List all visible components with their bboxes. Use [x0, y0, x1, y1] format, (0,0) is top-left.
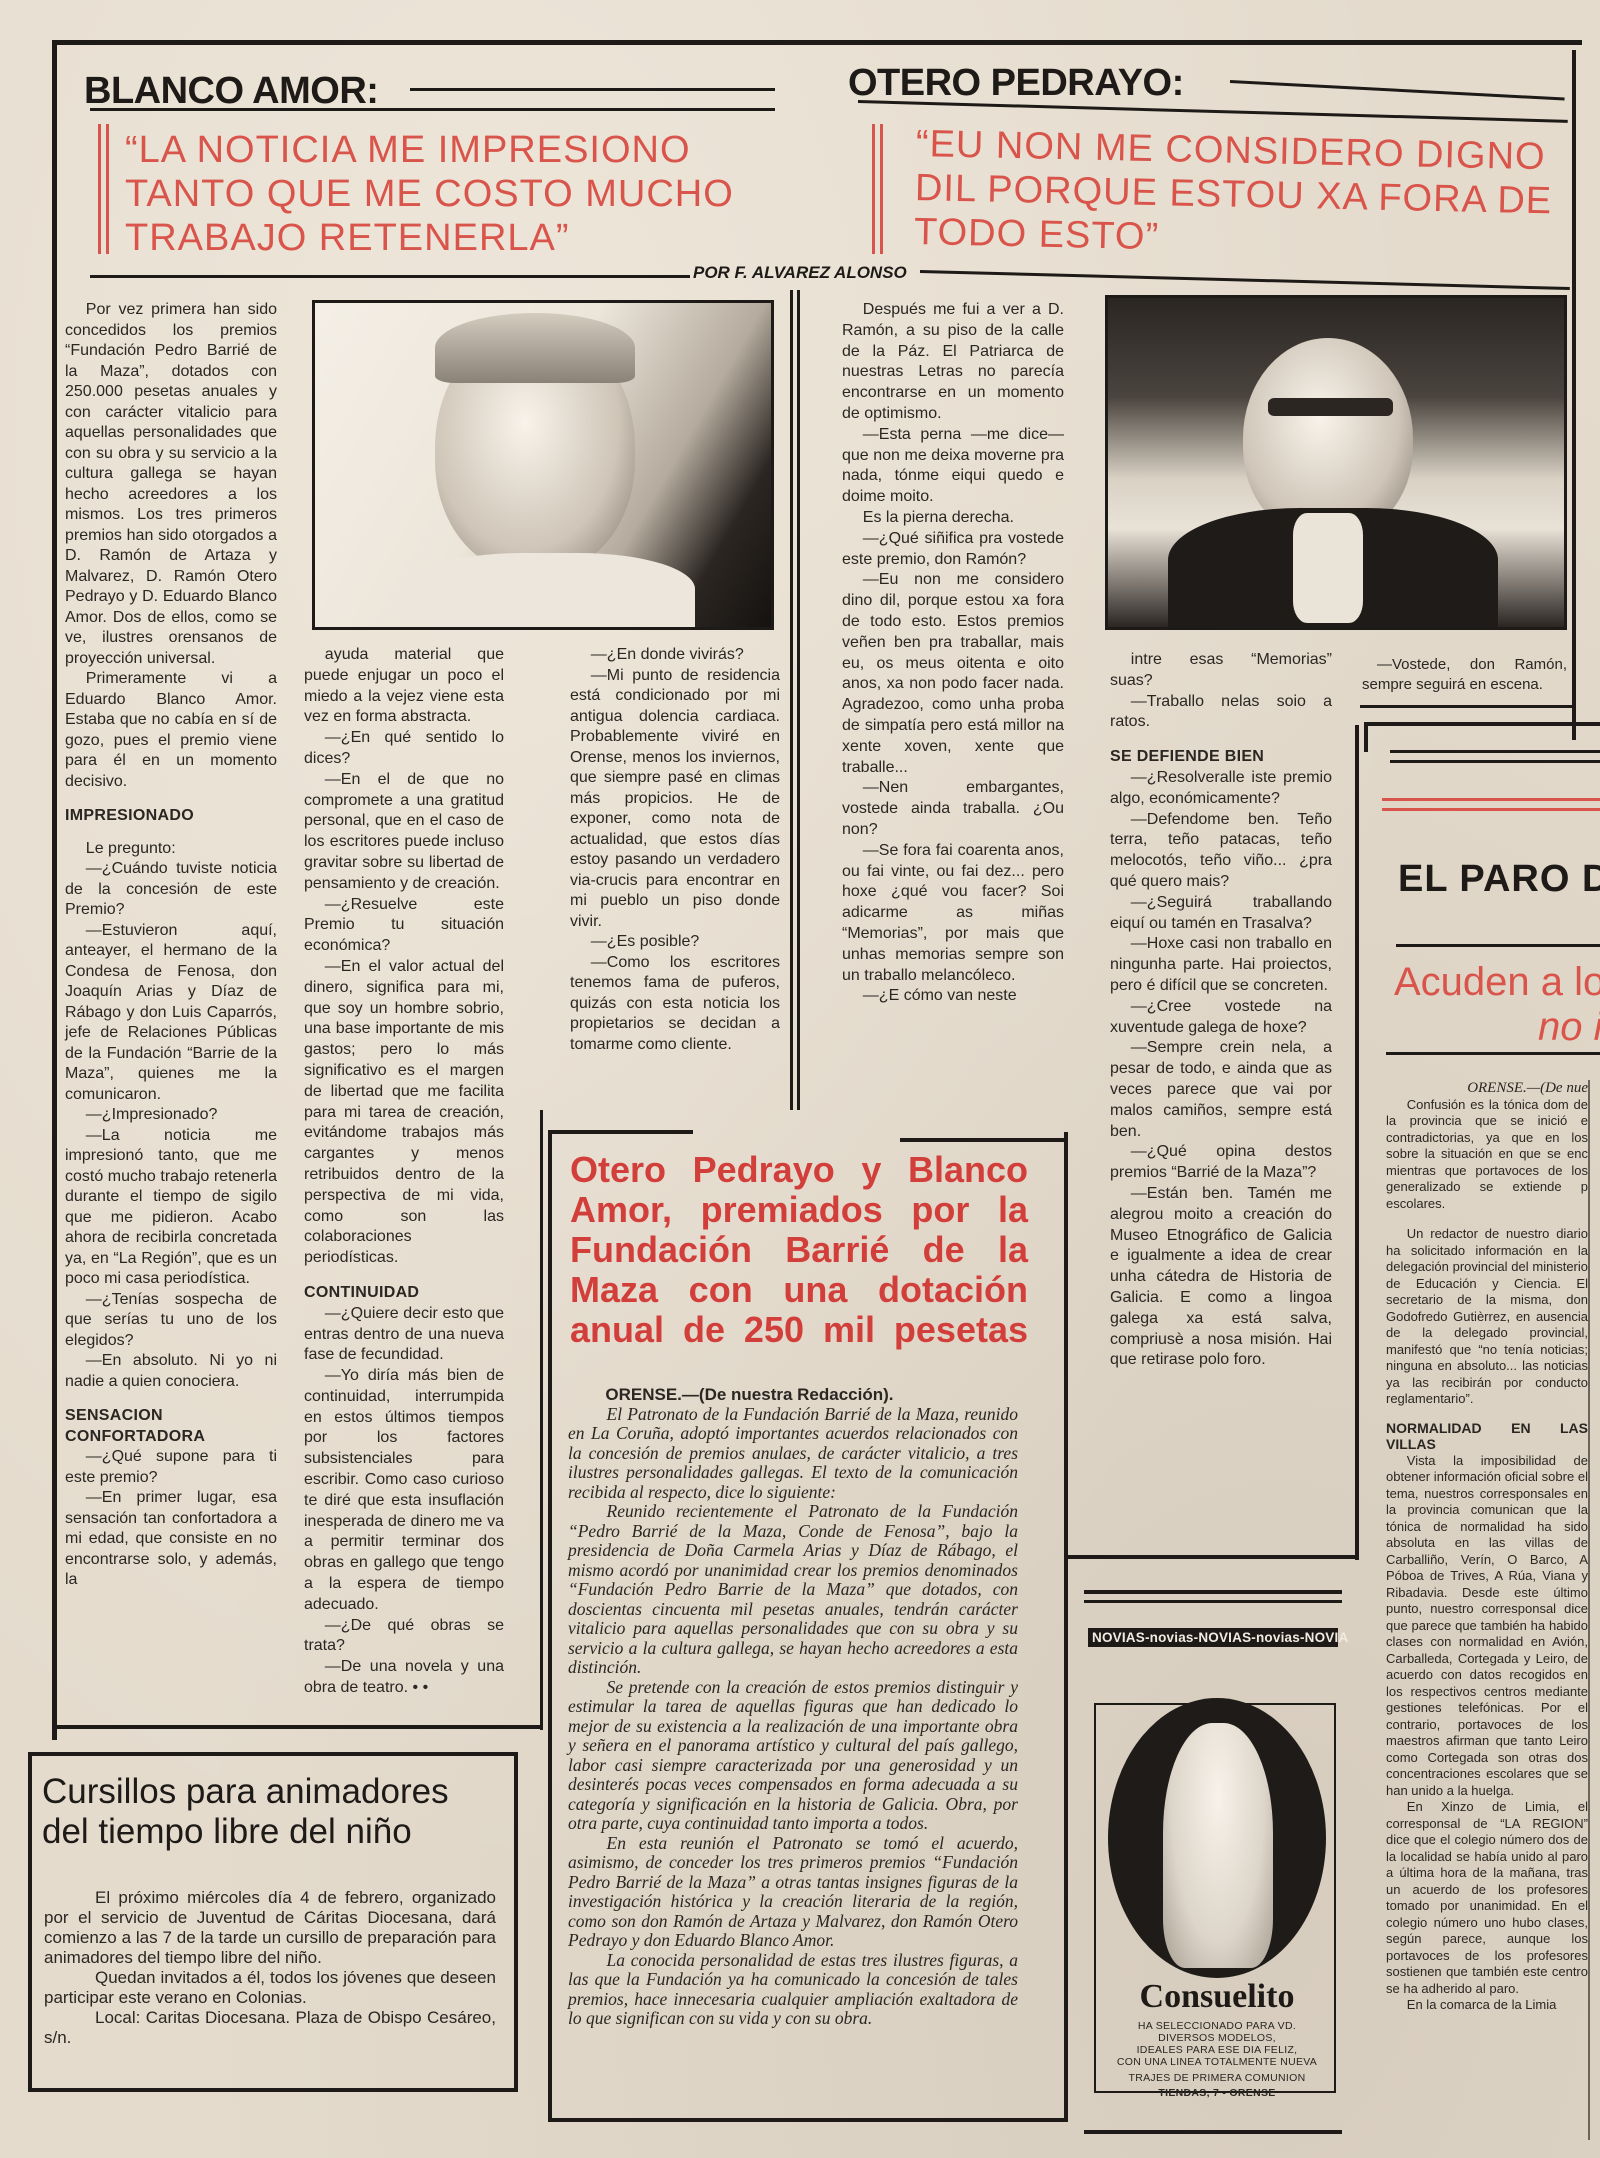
byline-rule [90, 275, 690, 278]
paro-frame-top [1364, 722, 1600, 726]
paragraph: Primeramente vi a Eduardo Blanco Amor. E… [65, 669, 277, 792]
otero-column-2: intre esas “Memorias” suas? —Traballo ne… [1110, 650, 1332, 1371]
paragraph: Vista la imposibilidad de obtener inform… [1386, 1453, 1588, 1800]
otero-column-1: Después me fui a ver a D. Ramón, a su pi… [842, 300, 1064, 1007]
otero-pedrayo-photo [1105, 295, 1567, 630]
dateline: ORENSE.—(De nuestra Redacción). [568, 1385, 1018, 1405]
paragraph: Por vez primera han sido concedidos los … [65, 300, 277, 669]
paragraph: —¿Tenías sospecha de que serías tu uno d… [65, 1290, 277, 1352]
paragraph: En la comarca de la Limia [1386, 1997, 1588, 2014]
paragraph: —Mi punto de residencia está condicionad… [570, 666, 780, 933]
portrait-shirt [405, 553, 695, 630]
paragraph: Reunido recientemente el Patronato de la… [568, 1502, 1018, 1678]
ad-line: CON UNA LINEA TOTALMENTE NUEVA [1088, 2056, 1346, 2068]
header-rule [90, 108, 775, 111]
paragraph: La conocida personalidad de estas tres i… [568, 1951, 1018, 2029]
portrait-glasses [1268, 398, 1393, 416]
article-bottom-rule [52, 1725, 542, 1729]
section-divider [797, 290, 800, 1110]
paragraph: —¿Resolveralle iste premio algo, económi… [1110, 768, 1332, 810]
header-rule [410, 88, 775, 91]
paragraph: —¿En qué sentido lo dices? [304, 728, 504, 770]
portrait-shadow [435, 313, 635, 383]
paragraph: Un redactor de nuestro diario ha solicit… [1386, 1226, 1588, 1408]
ad-line: IDEALES PARA ESE DIA FELIZ, [1088, 2044, 1346, 2056]
paragraph: —En absoluto. Ni yo ni nadie a quien con… [65, 1351, 277, 1392]
paragraph: Le pregunto: [65, 839, 277, 860]
ad-address: TIENDAS, 7 - ORENSE [1088, 2087, 1346, 2099]
bride-figure [1163, 1723, 1273, 1968]
paragraph: intre esas “Memorias” suas? [1110, 650, 1332, 692]
blanco-amor-column-3: —¿En donde vivirás? —Mi punto de residen… [570, 645, 780, 1055]
paro-rule [1386, 1052, 1600, 1055]
paragraph: —Nen embargantes, vostede ainda traballa… [842, 778, 1064, 840]
subheading: CONTINUIDAD [304, 1283, 504, 1304]
paragraph: —Están ben. Tamén me alegrou moito a cre… [1110, 1184, 1332, 1371]
paro-column-divider [1588, 1080, 1590, 2140]
paragraph: —¿Impresionado? [65, 1105, 277, 1126]
ad-top-rule [1084, 1600, 1342, 1603]
paragraph: En esta reunión el Patronato se tomó el … [568, 1834, 1018, 1951]
paragraph: —¿Qué opina destos premios “Barrié de la… [1110, 1142, 1332, 1184]
ad-line: DIVERSOS MODELOS, [1088, 2032, 1346, 2044]
paragraph: —Yo diría más bien de continuidad, inter… [304, 1366, 504, 1616]
section-divider [790, 290, 793, 1110]
news-body: ORENSE.—(De nuestra Redacción). El Patro… [568, 1385, 1018, 2029]
paragraph: —¿En donde vivirás? [570, 645, 780, 666]
blanco-amor-column-1: Por vez primera han sido concedidos los … [65, 300, 277, 1591]
otero-pedrayo-header: OTERO PEDRAYO: [848, 62, 1184, 105]
byline: POR F. ALVAREZ ALONSO [693, 263, 907, 283]
paragraph: —¿Quiere decir esto que entras dentro de… [304, 1304, 504, 1366]
paragraph: Local: Caritas Diocesana. Plaza de Obisp… [44, 2008, 496, 2048]
paragraph: —Se fora fai coarenta anos, ou fai vinte… [842, 841, 1064, 987]
paro-red-rule [1382, 808, 1600, 811]
paragraph: —¿Qué supone para ti este premio? [65, 1447, 277, 1488]
paragraph: Se pretende con la creación de estos pre… [568, 1678, 1018, 1834]
box-top-right [900, 1138, 1068, 1142]
paragraph: Quedan invitados a él, todos los jóvenes… [44, 1968, 496, 2008]
paragraph: —En el valor actual del dinero, signific… [304, 957, 504, 1269]
paro-rule [1396, 944, 1600, 947]
ad-bottom-rule [1084, 2130, 1342, 2134]
quote-bar [872, 124, 875, 254]
ad-top-rule [1084, 1590, 1342, 1594]
paragraph: —Traballo nelas soio a ratos. [1110, 692, 1332, 734]
paragraph: El próximo miércoles día 4 de febrero, o… [44, 1888, 496, 1968]
blanco-amor-quote: “LA NOTICIA ME IMPRESIONO TANTO QUE ME C… [125, 128, 775, 260]
paragraph: —De una novela y una obra de teatro. • • [304, 1657, 504, 1699]
paro-frame-left [1364, 722, 1368, 752]
subheading: NORMALIDAD EN LAS VILLAS [1386, 1420, 1588, 1453]
paragraph: —¿Qué siñifica pra vostede este premio, … [842, 529, 1064, 571]
paragraph: —En el de que no compromete a una gratit… [304, 770, 504, 895]
paragraph: —¿Es posible? [570, 932, 780, 953]
paragraph: —La noticia me impresionó tanto, que me … [65, 1126, 277, 1290]
paro-rule [1390, 750, 1600, 753]
paragraph: Después me fui a ver a D. Ramón, a su pi… [842, 300, 1064, 425]
paragraph: —Estuvieron aquí, anteayer, el hermano d… [65, 921, 277, 1106]
bridal-advertisement[interactable]: NOVIAS-novias-NOVIAS-novias-NOVIA ෥ ෥ Co… [1088, 1628, 1346, 2098]
ad-banner: NOVIAS-novias-NOVIAS-novias-NOVIA [1088, 1628, 1338, 1647]
paragraph: —¿E cómo van neste [842, 986, 1064, 1007]
paragraph: Es la pierna derecha. [842, 508, 1064, 529]
paragraph: —Como los escritores tenemos fama de puf… [570, 953, 780, 1056]
otero-pedrayo-quote: “EU NON ME CONSIDERO DIGNO DIL PORQUE ES… [914, 122, 1572, 268]
photo-caption: —Vostede, don Ramón, sempre seguirá en e… [1362, 655, 1567, 695]
paragraph: —Eu non me considero dino dil, porque es… [842, 570, 1064, 778]
paro-red-headline-2: no im [1538, 1005, 1600, 1050]
paragraph: El Patronato de la Fundación Barrié de l… [568, 1405, 1018, 1503]
dateline: ORENSE.—(De nue [1386, 1080, 1588, 1097]
blanco-amor-column-2: ayuda material que puede enjugar un poco… [304, 645, 504, 1699]
paragraph: —¿De qué obras se trata? [304, 1616, 504, 1658]
paragraph: ayuda material que puede enjugar un poco… [304, 645, 504, 728]
cursillos-body: El próximo miércoles día 4 de febrero, o… [44, 1888, 496, 2048]
paragraph: —Hoxe casi non traballo en ningunha part… [1110, 934, 1332, 996]
quote-bar [98, 124, 101, 254]
paragraph: —¿Resuelve este Premio tu situación econ… [304, 895, 504, 957]
ad-line: HA SELECCIONADO PARA VD. [1088, 2020, 1346, 2032]
paro-red-rule [1382, 798, 1600, 801]
paro-rule [1390, 760, 1600, 763]
ad-line: TRAJES DE PRIMERA COMUNION [1088, 2072, 1346, 2084]
subheading: SENSACION CONFORTADORA [65, 1406, 277, 1447]
column-divider [540, 1110, 543, 1730]
box-border [1065, 1555, 1359, 1559]
paragraph: —Esta perna —me dice— que non me deixa m… [842, 425, 1064, 508]
blanco-amor-photo [312, 300, 774, 630]
news-headline: Otero Pedrayo y Blanco Amor, premiados p… [570, 1150, 1028, 1350]
subheading: SE DEFIENDE BIEN [1110, 747, 1332, 768]
paragraph: —¿Cuándo tuviste noticia de la concesión… [65, 859, 277, 921]
paragraph: —En primer lugar, esa sensación tan conf… [65, 1488, 277, 1591]
paragraph: —¿Cree vostede na xuventude galega de ho… [1110, 997, 1332, 1039]
paragraph: —Defendome ben. Teño terra, teño patacas… [1110, 810, 1332, 893]
paragraph: —Sempre crein nela, a pesar de todo, e a… [1110, 1038, 1332, 1142]
subheading: IMPRESIONADO [65, 806, 277, 827]
paragraph: —¿Seguirá traballando eiquí ou tamén en … [1110, 893, 1332, 935]
paro-column: ORENSE.—(De nue Confusión es la tónica d… [1386, 1080, 1588, 2014]
paragraph: En Xinzo de Limia, el corresponsal de “L… [1386, 1799, 1588, 1997]
quote-bar [880, 124, 883, 254]
paro-red-headline-1: Acuden a lo [1394, 960, 1600, 1005]
paragraph: Confusión es la tónica dom de la provinc… [1386, 1097, 1588, 1213]
quote-bar [106, 124, 109, 254]
ad-oval-photo [1108, 1698, 1326, 1978]
box-border [1355, 725, 1359, 1560]
ad-text: HA SELECCIONADO PARA VD. DIVERSOS MODELO… [1088, 2020, 1346, 2099]
caption-rule [1360, 705, 1575, 708]
box-top-left [548, 1130, 693, 1134]
paro-title: EL PARO D [1398, 858, 1600, 901]
cursillos-title: Cursillos para animadores del tiempo lib… [42, 1772, 502, 1852]
blanco-amor-header: BLANCO AMOR: [84, 70, 378, 113]
frame-right-border [1572, 50, 1576, 740]
portrait-collar [1293, 513, 1363, 623]
ad-brand: Consuelito [1088, 1978, 1346, 2016]
